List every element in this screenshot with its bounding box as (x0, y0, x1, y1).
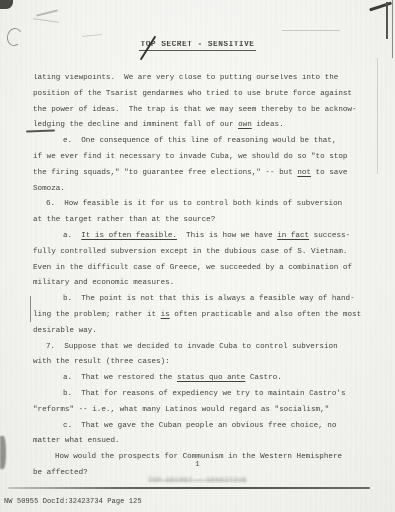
text-segment: a. That we restored the (63, 374, 177, 382)
text-line: the firing squads," "to guarantee free e… (33, 166, 379, 182)
underlined-text: It is often feasible. (81, 232, 177, 240)
text-line: if we ever find it necessary to invade C… (33, 150, 379, 166)
text-segment: a. (63, 232, 81, 240)
text-segment: 7. Suppose that we decided to invade Cub… (46, 343, 338, 351)
text-line: e. One consequence of this line of reaso… (63, 134, 379, 150)
text-segment: fully controlled subversion except in th… (33, 248, 347, 256)
footer-divider-rule (8, 487, 370, 489)
text-segment: with the result (three cases): (33, 358, 170, 366)
text-segment: to save (311, 169, 347, 177)
text-segment: lating viewpoints. We are very close to … (33, 74, 338, 82)
text-line: Even in the difficult case of Greece, we… (33, 261, 379, 277)
text-segment: the power of ideas. The trap is that we … (33, 106, 357, 114)
text-line: the power of ideas. The trap is that we … (33, 103, 379, 119)
text-segment: matter what ensued. (33, 437, 120, 445)
classification-rest: SECRET - SENSITIVE (156, 41, 254, 49)
text-segment: This is how we have (177, 232, 277, 240)
document-body: lating viewpoints. We are very close to … (33, 71, 379, 482)
text-segment: Castro. (245, 374, 281, 382)
text-line: at the target rather than at the source? (33, 213, 379, 229)
text-line: position of the Tsarist gendarmes who tr… (33, 87, 379, 103)
text-segment: ling the problem; rather it (33, 311, 161, 319)
classification-text: TOP SECRET - SENSITIVE (139, 41, 257, 51)
underlined-text: status quo ante (177, 374, 245, 382)
text-segment: How would the prospects for Communism in… (55, 453, 342, 461)
text-segment: the firing squads," "to guarantee free e… (33, 169, 297, 177)
text-line: with the result (three cases): (33, 355, 379, 371)
scanned-document-page: TOP SECRET - SENSITIVE lating viewpoints… (0, 0, 395, 512)
corner-smudge-mark (0, 0, 13, 9)
corner-dash-mark (369, 2, 392, 12)
text-line: a. That we restored the status quo ante … (63, 371, 379, 387)
underlined-text: not (297, 169, 311, 177)
text-segment: c. That we gave the Cuban people an obvi… (63, 422, 336, 430)
text-line: 6. How feasible is it for us to control … (46, 197, 379, 213)
text-line: b. The point is not that this is always … (63, 292, 379, 308)
text-line: 7. Suppose that we decided to invade Cub… (46, 340, 379, 356)
text-segment: position of the Tsarist gendarmes who tr… (33, 90, 352, 98)
text-segment: b. The point is not that this is always … (63, 295, 355, 303)
underlined-text: own (238, 121, 252, 129)
text-line: Somoza. (33, 182, 379, 198)
archive-record-line: NW 50955 DocId:32423734 Page 125 (4, 498, 142, 506)
text-line: military and economic measures. (33, 276, 379, 292)
text-line: matter what ensued. (33, 434, 379, 450)
text-line: "reforms" -- i.e., what many Latinos wou… (33, 403, 379, 419)
text-segment: if we ever find it necessary to invade C… (33, 153, 347, 161)
text-segment: often practicable and also often the mos… (170, 311, 361, 319)
page-number: 1 (0, 461, 395, 469)
text-line: ling the problem; rather it is often pra… (33, 308, 379, 324)
text-segment: desirable way. (33, 327, 97, 335)
edge-scan-line (386, 2, 388, 39)
underlined-text: in fact (277, 232, 309, 240)
faint-scan-line (282, 30, 340, 31)
text-segment: e. One consequence of this line of reaso… (63, 137, 336, 145)
pencil-scribble-mark (33, 18, 59, 23)
text-segment: at the target rather than at the source? (33, 216, 215, 224)
text-segment: be affected? (33, 469, 88, 477)
text-line: lating viewpoints. We are very close to … (33, 71, 379, 87)
text-line: c. That we gave the Cuban people an obvi… (63, 419, 379, 435)
text-segment: success- (309, 232, 350, 240)
text-segment: 6. How feasible is it for us to control … (46, 200, 342, 208)
text-line: desirable way. (33, 324, 379, 340)
text-segment: b. That for reasons of expediency we try… (63, 390, 346, 398)
text-segment: Somoza. (33, 185, 65, 193)
underlined-text: is (161, 311, 170, 319)
text-segment: Even in the difficult case of Greece, we… (33, 264, 352, 272)
text-line: a. It is often feasible. This is how we … (63, 229, 379, 245)
classification-stamp: TOP SECRET - SENSITIVE (0, 41, 395, 51)
text-line: ledging the decline and imminent fall of… (33, 118, 379, 134)
text-segment: ideas. (252, 121, 284, 129)
text-line: fully controlled subversion except in th… (33, 245, 379, 261)
text-segment: ledging the decline and imminent fall of… (33, 121, 238, 129)
text-segment: "reforms" -- i.e., what many Latinos wou… (33, 406, 329, 414)
pencil-scribble-mark (82, 34, 102, 37)
text-line: b. That for reasons of expediency we try… (63, 387, 379, 403)
pencil-scribble-mark (36, 9, 58, 16)
footer-classification-smudge: TOP SECRET - SENSITIVE (0, 477, 395, 485)
text-segment: military and economic measures. (33, 279, 174, 287)
margin-tick-mark (30, 296, 31, 322)
